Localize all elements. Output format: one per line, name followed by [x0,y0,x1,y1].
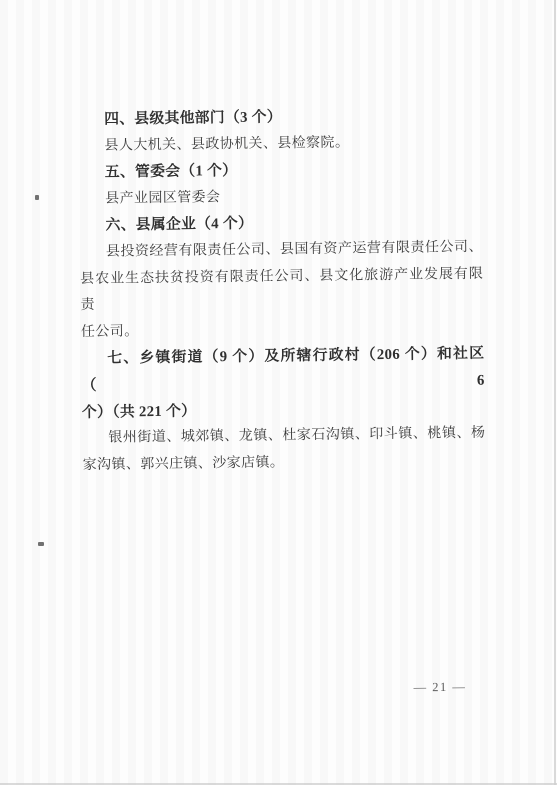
scan-speck [35,195,39,200]
body-townships-line-2: 家沟镇、郭兴庄镇、沙家店镇。 [83,447,486,479]
scan-edge-right [554,0,556,785]
heading-townships-line-1: 七、乡镇街道（9 个）及所辖行政村（206 个）和社区（6 [81,341,485,399]
document-content: 四、县级其他部门（3 个） 县人大机关、县政协机关、县检察院。 五、管委会（1 … [78,102,486,480]
body-townships-line-1: 银州街道、城郊镇、龙镇、杜家石沟镇、印斗镇、桃镇、杨 [82,421,485,453]
scan-speck [38,542,44,546]
body-county-enterprises-line-2: 县农业生态扶贫投资有限责任公司、县文化旅游产业发展有限责 [80,261,484,319]
page-number: — 21 — [397,680,483,696]
